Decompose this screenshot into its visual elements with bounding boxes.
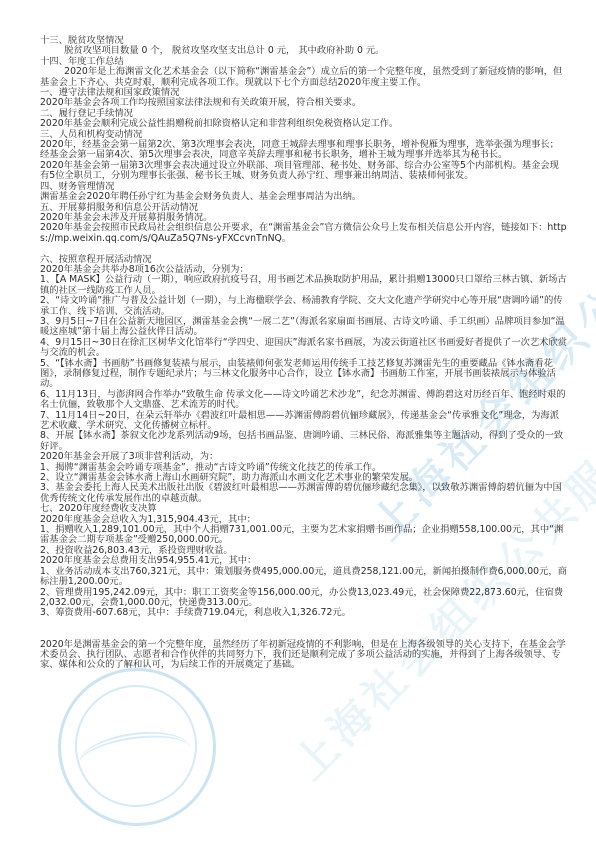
report-line: 2020年，经基金会第一届第2次、第3次理事会表决，同意王城辞去理事和理事长职务… [40, 140, 568, 161]
report-line: 渊雷基金会2020年聘任孙宁红为基金会财务负责人、基金会理事周洁为出纳。 [40, 192, 568, 202]
report-line: 2020年基金会按照市民政局社会组织信息公开要求，在“渊雷基金会”官方微信公众号… [40, 223, 568, 244]
watermark-emblem-wave [76, 725, 193, 786]
report-line: 2、“诗文吟诵”推广与普及公益计划（一期），与上海楹联学会、杨浦教育学院、交大文… [40, 296, 568, 317]
report-line [40, 629, 568, 639]
watermark-emblem [58, 668, 216, 826]
report-line: 2020年基金会第一届第3次理事会表决通过设立外联部、项目管理部、秘书处、财务部… [40, 161, 568, 182]
report-line: 1、【A MASK】公益行动（一期），响应政府抗疫号召，用书画艺术品换取防护用品… [40, 275, 568, 296]
report-line: 1、捐赠收入1,289,101.00元，其中个人捐赠731,001.00元，主要… [40, 525, 568, 546]
report-line [40, 619, 568, 629]
report-line: 3、筹资费用-607.68元，其中：手续费719.04元，利息收入1,326.7… [40, 608, 568, 618]
report-line: 6、11月13日，与澎湃网合作举办“致敬生命 传承文化——诗文吟诵艺术沙龙”，纪… [40, 390, 568, 411]
report-line: 2020年是渊雷基金会的第一个完整年度，虽然经历了年初新冠疫情的不利影响，但是在… [40, 640, 568, 671]
report-line: 2、管理费用195,242.09元，其中：职工工资奖金等156,000.00元，… [40, 588, 568, 609]
report-line: 5、“【钵水斋】书画舫”书画修复装裱与展示，由装裱师何张发老师运用传统手工技艺修… [40, 359, 568, 390]
report-content: 十三、脱贫攻坚情况脱贫攻坚项目数量 0 个， 脱贫攻坚攻坚支出总计 0 元， 其… [0, 0, 596, 671]
report-line: 4、9月15日~30日在徐汇区树华文化馆举行“学四史、迎国庆”海派名家书画展，为… [40, 338, 568, 359]
document-page: 上海社会组织公共服务平台 上海社会组织公共服务平台 十三、脱贫攻坚情况脱贫攻坚项… [0, 0, 596, 842]
report-line: 3、基金会委托上海人民美术出版社出版《碧波红叶最相思——苏渊雷傅韵碧伉俪珍藏纪念… [40, 483, 568, 504]
report-line: 7、11月14日~20日，在朵云轩举办《碧波红叶最相思——苏渊雷傅韵碧伉俪珍藏展… [40, 411, 568, 432]
watermark-emblem-inner-ring [75, 685, 197, 807]
report-line: 1、业务活动成本支出760,321元，其中：策划服务费495,000.00元，道… [40, 567, 568, 588]
report-line [40, 244, 568, 254]
report-line: 3、9月5日~7日在公益新天地园区，渊雷基金会携“一展二艺”（海派名家扇面书画展… [40, 317, 568, 338]
report-line: 8、开展【钵水斋】茶叙文化沙龙系列活动9场，包括书画品鉴、唐调吟诵、三林民俗、海… [40, 431, 568, 452]
report-line: 2020年是上海渊雷文化艺术基金会（以下简称“渊雷基金会”）成立后的第一个完整年… [40, 67, 568, 88]
